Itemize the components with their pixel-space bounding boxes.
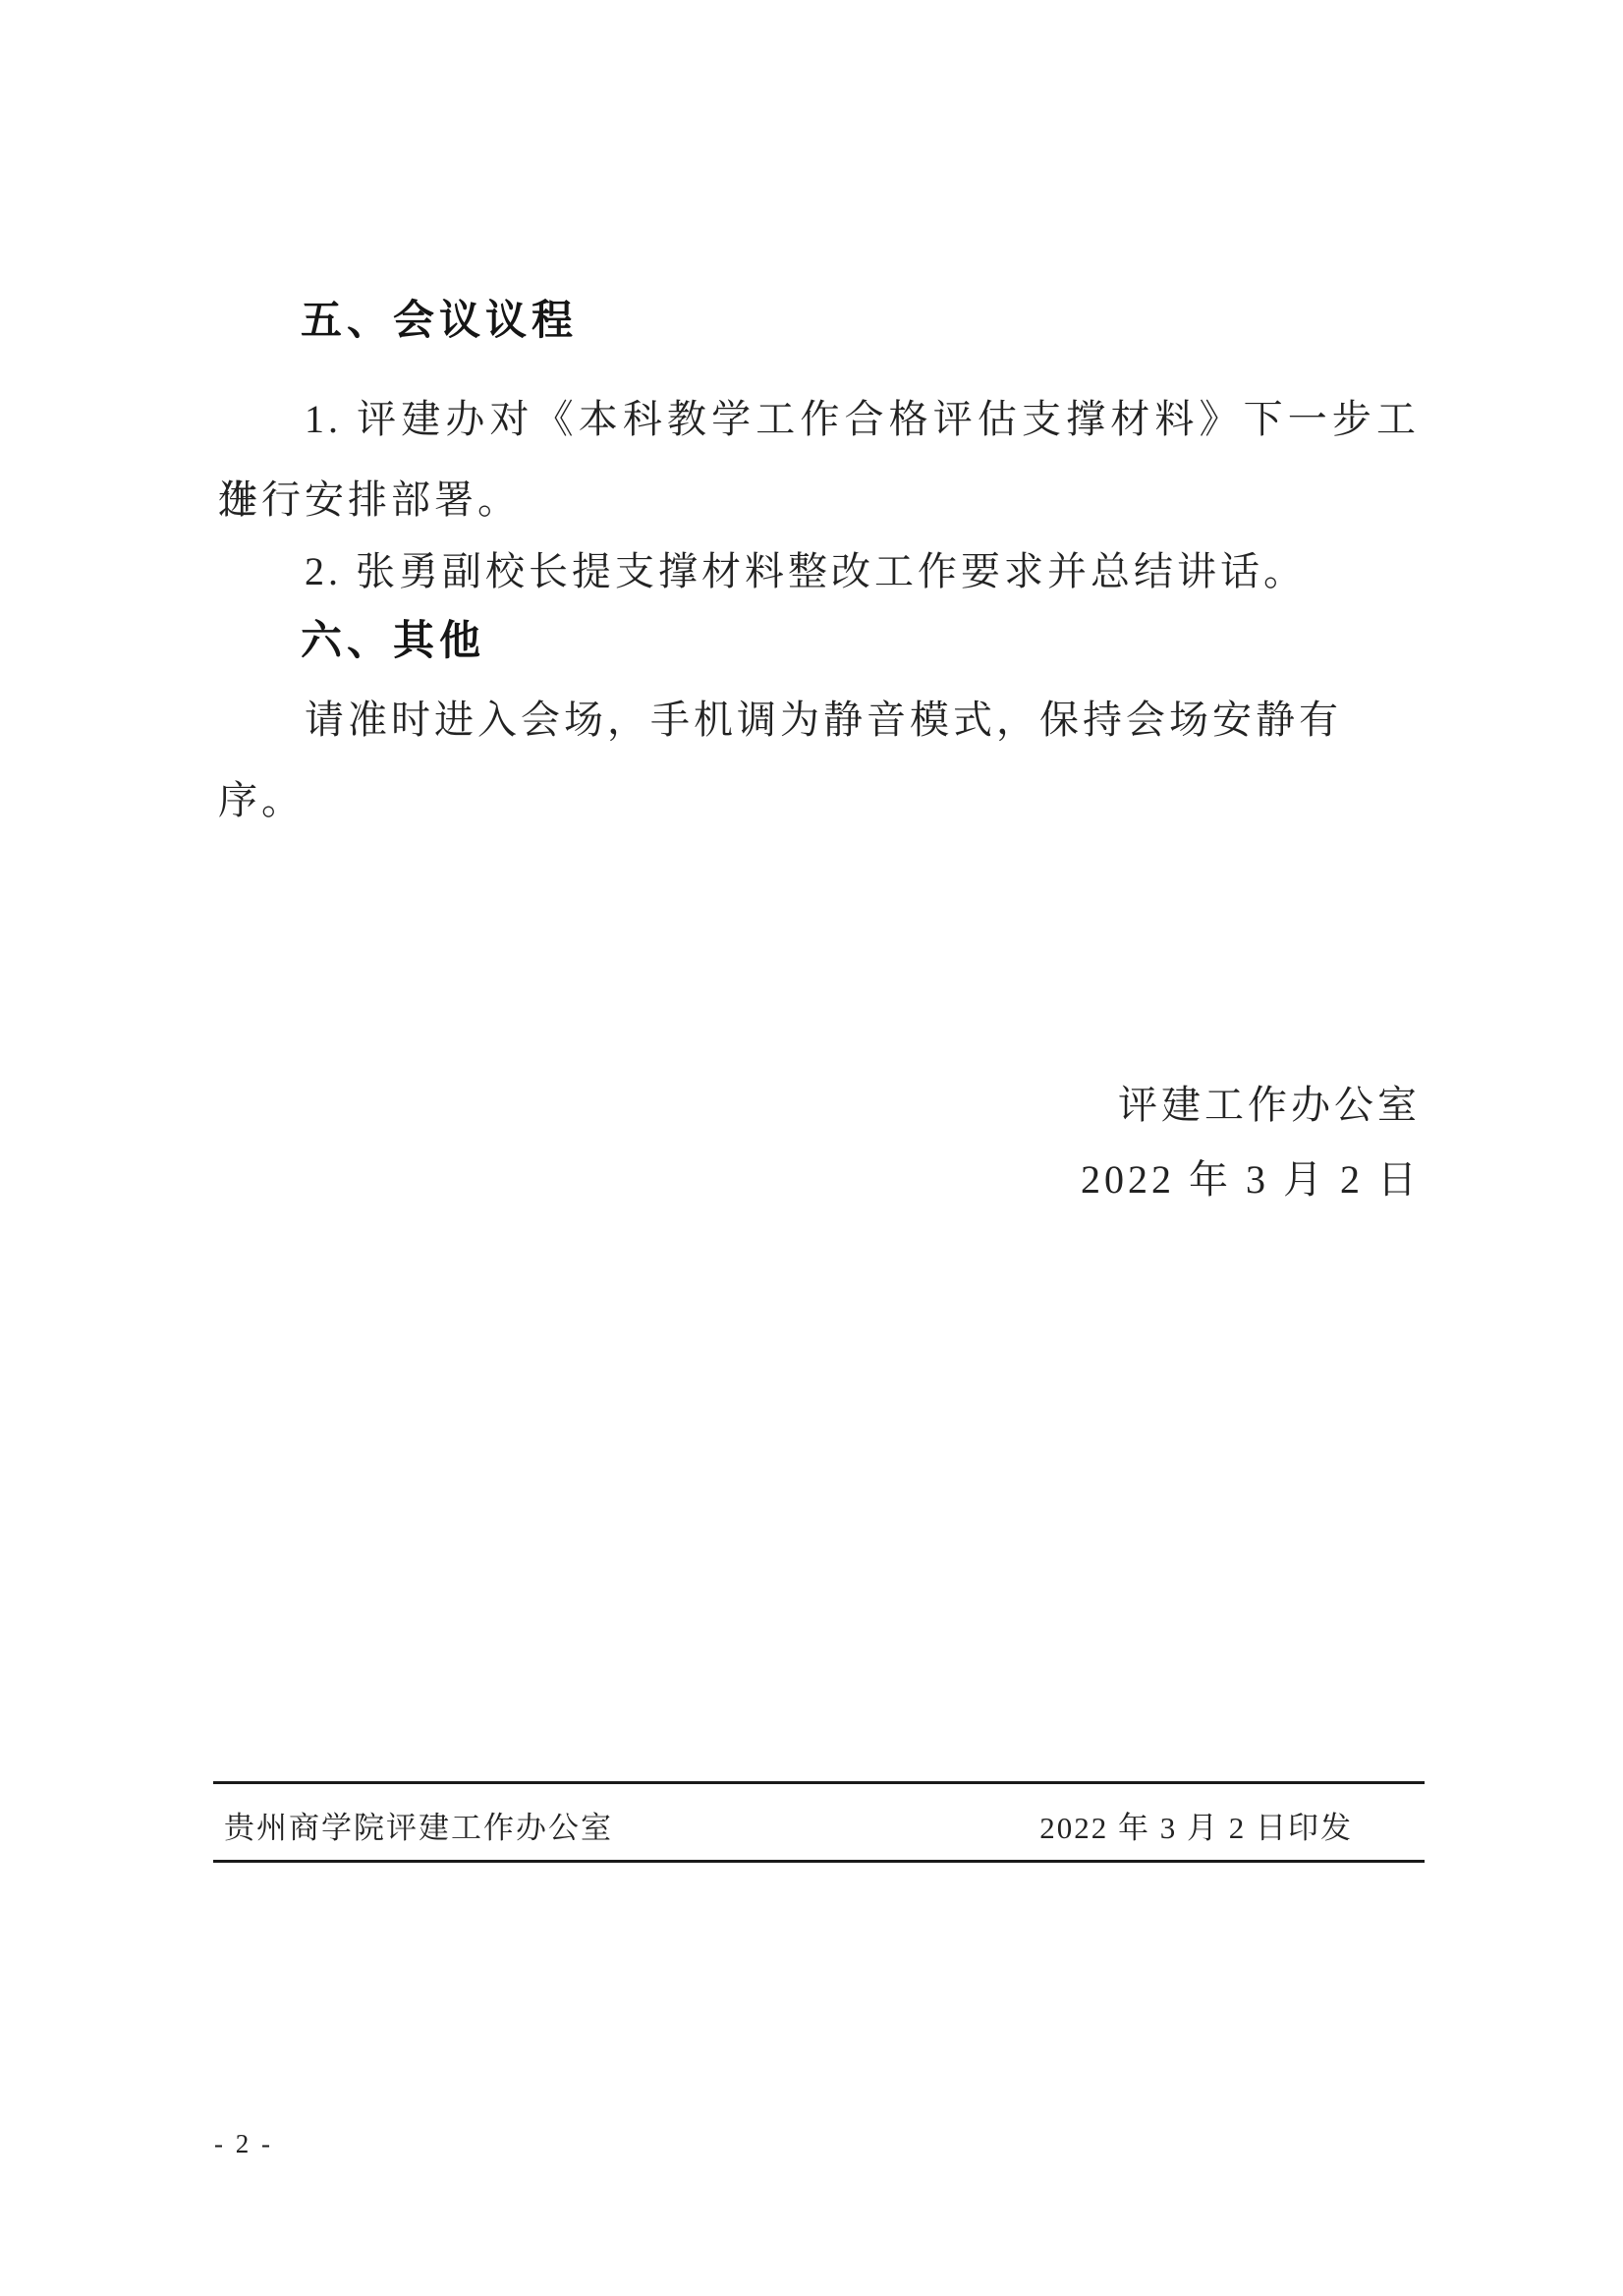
footer-issuer: 贵州商学院评建工作办公室	[224, 1810, 613, 1847]
footer-bottom-rule	[213, 1860, 1425, 1863]
footer-top-rule	[213, 1781, 1425, 1784]
page-number: - 2 -	[214, 2128, 273, 2159]
section-six-heading: 六、其他	[301, 615, 485, 666]
agenda-item-1-line-2: 进行安排部署。	[218, 460, 1420, 540]
signature-date: 2022 年 3 月 2 日	[1081, 1157, 1421, 1203]
section-five-heading: 五、会议议程	[301, 295, 578, 346]
signature-office: 评建工作办公室	[1118, 1083, 1421, 1128]
footer-print-date: 2022 年 3 月 2 日印发	[1039, 1810, 1353, 1847]
document-page: 五、会议议程 1. 评建办对《本科教学工作合格评估支撑材料》下一步工作 进行安排…	[0, 0, 1623, 2296]
agenda-item-2: 2. 张勇副校长提支撑材料整改工作要求并总结讲话。	[218, 532, 1420, 612]
section-six-body: 请准时进入会场，手机调为静音模式，保持会场安静有序。	[218, 680, 1420, 841]
